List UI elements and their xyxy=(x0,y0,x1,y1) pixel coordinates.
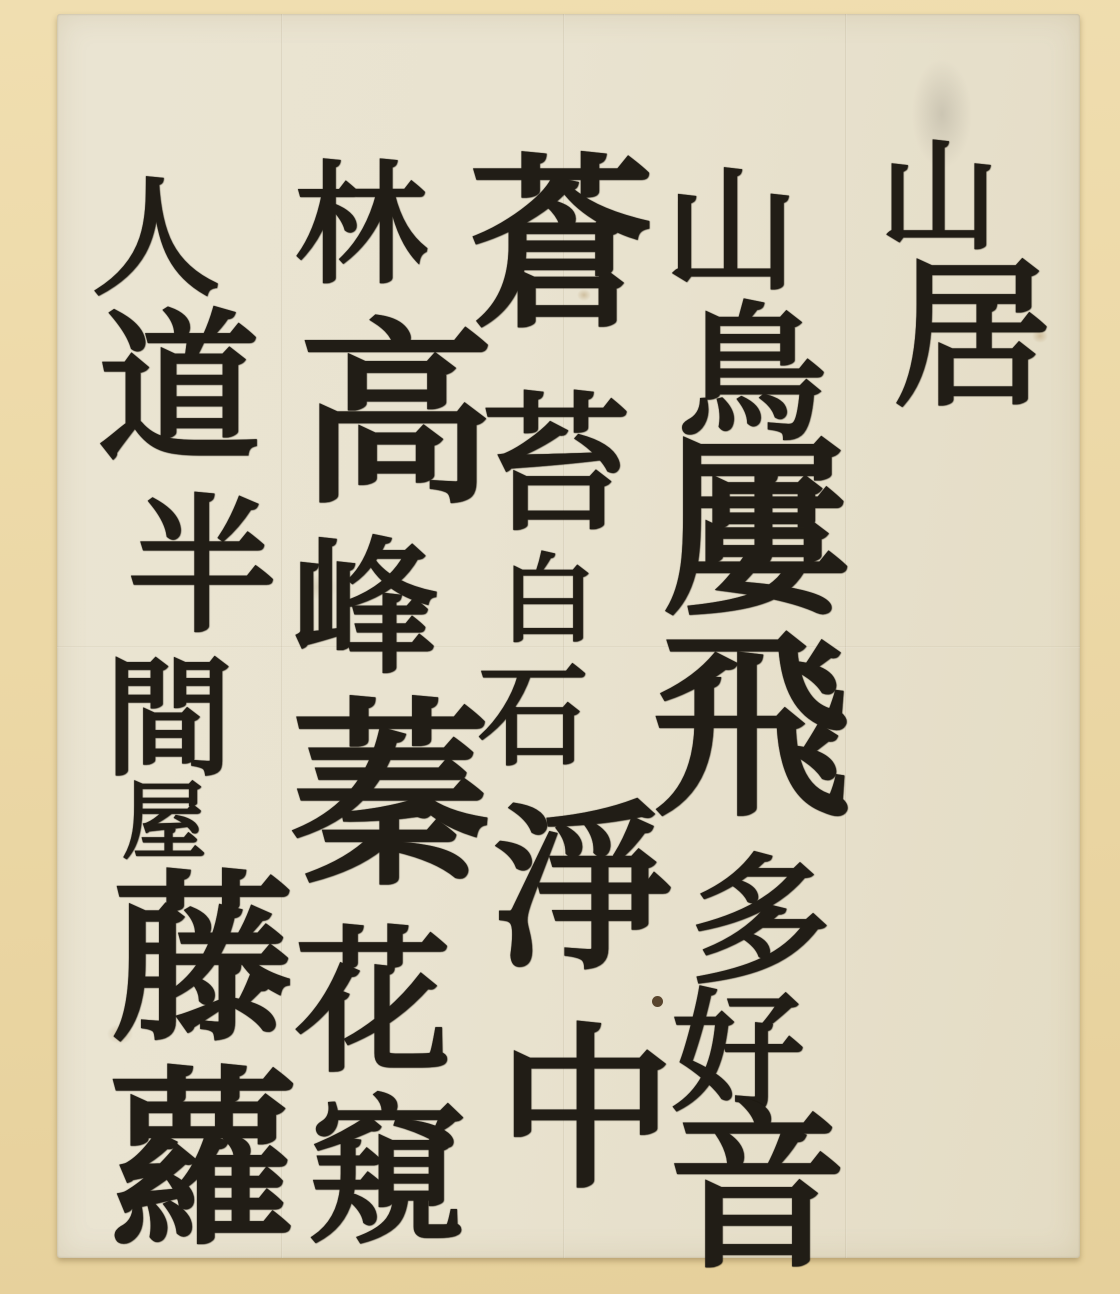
foxing-spot xyxy=(1032,329,1048,343)
fold-crease-horizontal xyxy=(57,646,1080,648)
fold-crease xyxy=(563,14,565,1258)
paper-sheet xyxy=(57,14,1080,1258)
fold-crease xyxy=(281,14,283,1258)
foxing-spot xyxy=(577,289,591,301)
fold-crease xyxy=(845,14,847,1258)
foxing-spot xyxy=(107,1024,133,1044)
calligraphy-scan: 山 居 山 鳥 屢 飛 多 好 音 蒼 苔 白 石 淨 中 林 高 峰 蓁 花 … xyxy=(0,0,1120,1294)
smudge-stain xyxy=(912,59,972,169)
ink-spot xyxy=(652,996,663,1007)
foxing-spot xyxy=(299,574,339,600)
